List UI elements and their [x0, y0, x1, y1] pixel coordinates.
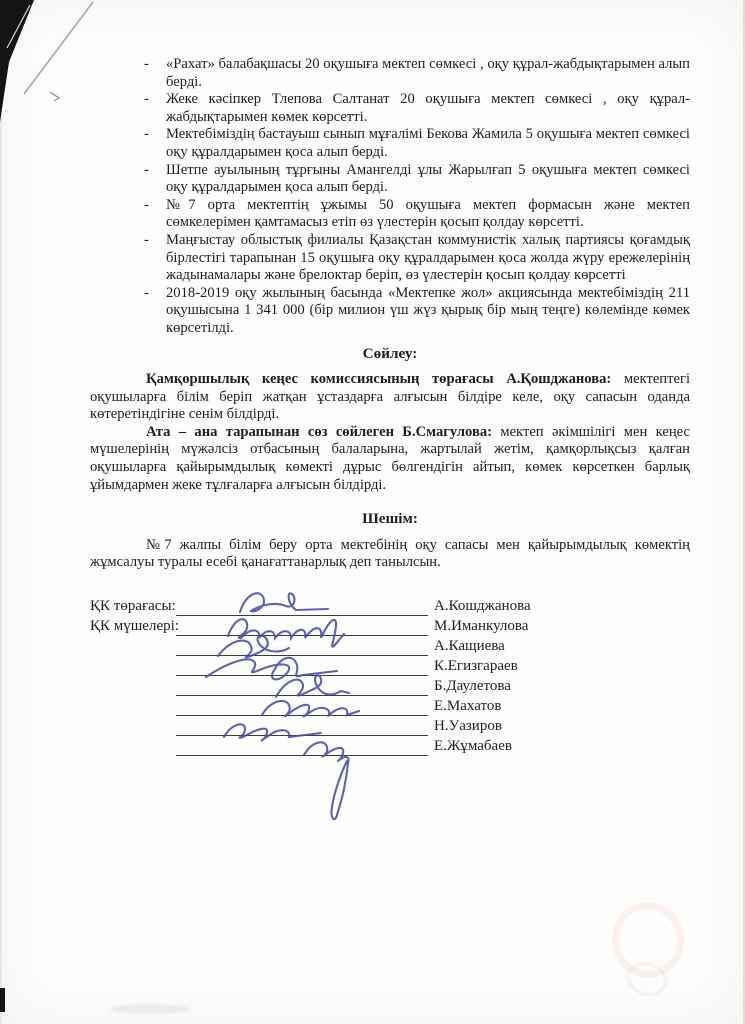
speaker-name-parent: Ата – ана тарапынан сөз сөйлеген Б.Смагу…: [146, 424, 492, 440]
signature-role-label: ҚК төрағасы:: [90, 598, 176, 616]
list-item: Мектебіміздің бастауыш сынып мұғалімі Бе…: [90, 126, 690, 161]
signatory-name: А.Кащиева: [428, 638, 505, 656]
speech-paragraph-chairman: Қамқоршылық кеңес комиссиясының төрағасы…: [90, 371, 690, 424]
signature-line: [176, 615, 428, 636]
signature-line: [176, 695, 428, 716]
list-item: Маңғыстау облыстық филиалы Қазақстан ком…: [90, 232, 690, 285]
signature-row: К.Егизгараев: [90, 656, 690, 676]
signature-line: [176, 735, 428, 756]
signature-line: [176, 595, 428, 616]
document-body: «Рахат» балабақшасы 20 оқушыға мектеп сө…: [90, 56, 690, 756]
list-item: Шетпе ауылының тұрғыны Амангелді ұлы Жар…: [90, 162, 690, 197]
scan-smudge: [110, 1004, 190, 1014]
signature-line: [176, 715, 428, 736]
aid-items-list: «Рахат» балабақшасы 20 оқушыға мектеп сө…: [90, 56, 690, 338]
scanned-page: «Рахат» балабақшасы 20 оқушыға мектеп сө…: [0, 0, 745, 1024]
speaker-name-chairman: Қамқоршылық кеңес комиссиясының төрағасы…: [146, 371, 611, 387]
list-item: 2018-2019 оқу жылының басында «Мектепке …: [90, 285, 690, 338]
signatory-name: М.Иманкулова: [428, 618, 528, 636]
list-item: Жеке кәсіпкер Тлепова Салтанат 20 оқушығ…: [90, 91, 690, 126]
list-item: №7 орта мектептің ұжымы 50 оқушыға мекте…: [90, 197, 690, 232]
signature-row: Н.Уазиров: [90, 716, 690, 736]
decision-paragraph: №7 жалпы білім беру орта мектебінің оқу …: [90, 537, 690, 572]
signature-role-label: ҚК мүшелері:: [90, 618, 176, 636]
list-item: «Рахат» балабақшасы 20 оқушыға мектеп сө…: [90, 56, 690, 91]
signatory-name: Е.Махатов: [428, 698, 501, 716]
signature-row: ҚК төрағасы: А.Кошджанова: [90, 596, 690, 616]
signature-row: Е.Жұмабаев: [90, 736, 690, 756]
section-heading-decision: Шешім:: [90, 510, 690, 528]
signatory-name: А.Кошджанова: [428, 598, 531, 616]
signatory-name: Н.Уазиров: [428, 718, 502, 736]
signature-row: Б.Даулетова: [90, 676, 690, 696]
signatory-name: Е.Жұмабаев: [428, 738, 512, 756]
section-heading-speech: Сөйлеу:: [90, 345, 690, 363]
scan-edge-mark: [0, 988, 5, 1012]
signature-line: [176, 655, 428, 676]
signature-line: [176, 635, 428, 656]
signature-line: [176, 675, 428, 696]
signature-row: Е.Махатов: [90, 696, 690, 716]
speech-paragraph-parent: Ата – ана тарапынан сөз сөйлеген Б.Смагу…: [90, 424, 690, 494]
signatory-name: Б.Даулетова: [428, 678, 511, 696]
signature-row: А.Кащиева: [90, 636, 690, 656]
signature-block: ҚК төрағасы: А.Кошджанова ҚК мүшелері: М…: [90, 596, 690, 756]
signatory-name: К.Егизгараев: [428, 658, 518, 676]
signature-row: ҚК мүшелері: М.Иманкулова: [90, 616, 690, 636]
